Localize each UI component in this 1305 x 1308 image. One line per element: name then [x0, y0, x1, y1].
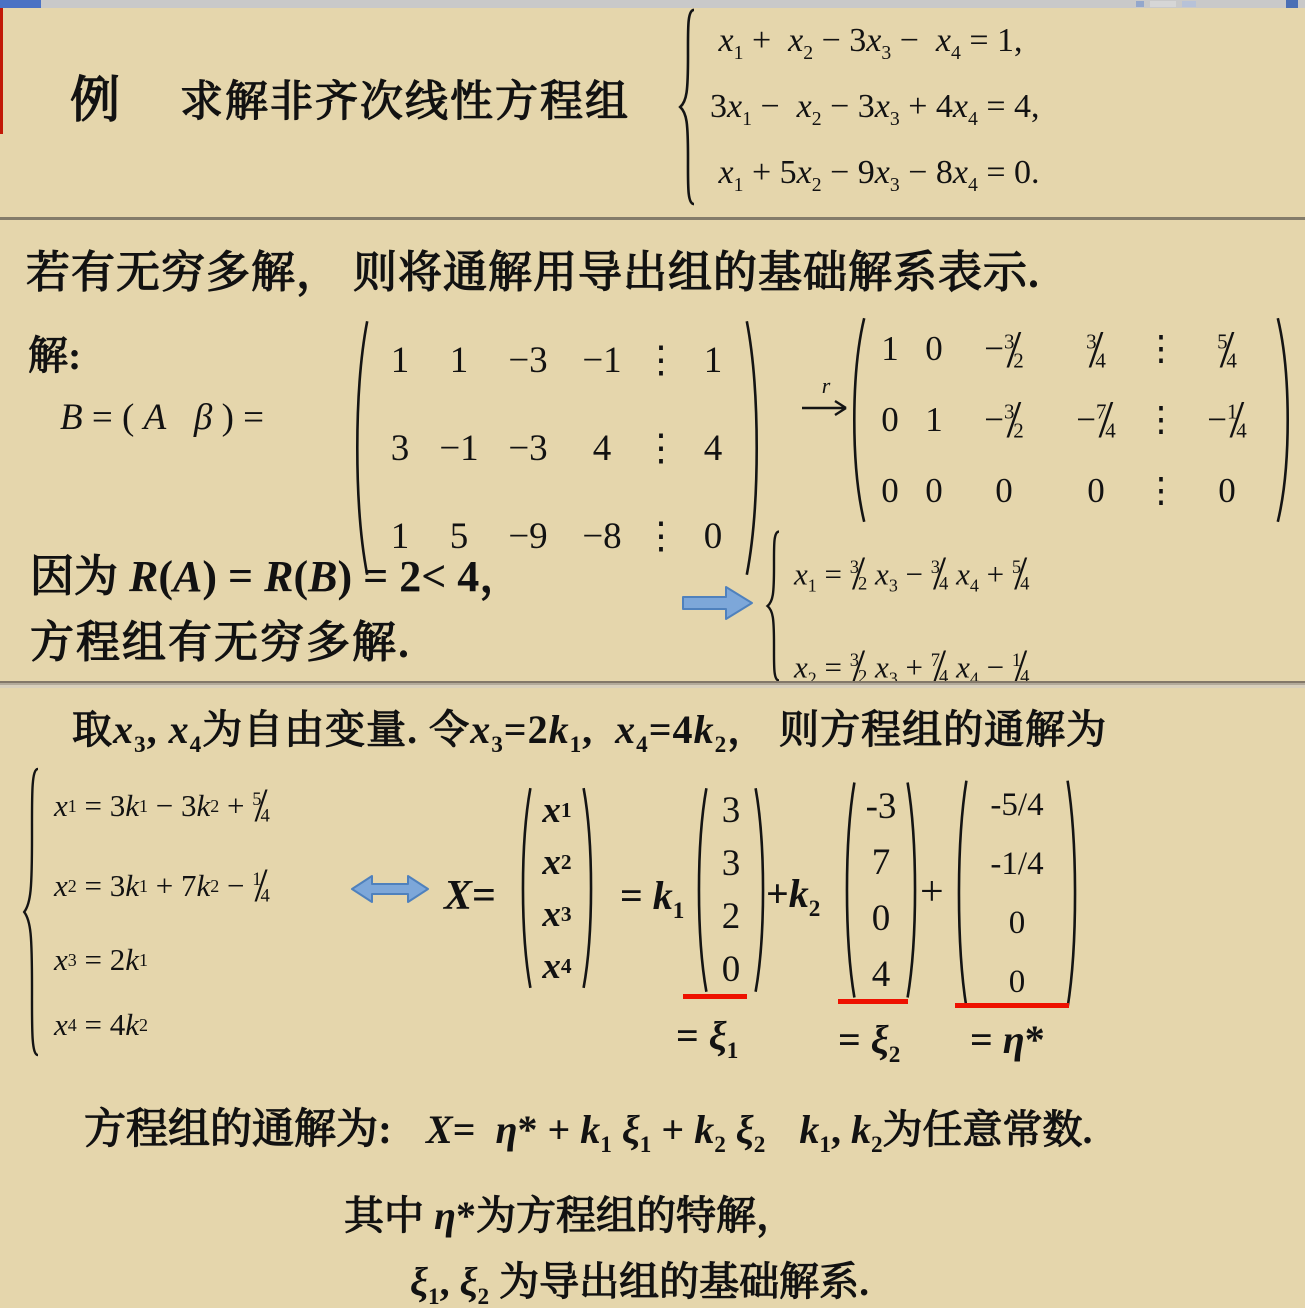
- parametric-line: x2 = 3k1 + 7k2 − 1/4: [54, 847, 270, 925]
- left-paren: [516, 784, 534, 992]
- matrix-cell: 5/4: [1181, 319, 1273, 380]
- matrix-cell: −3: [490, 339, 566, 382]
- matrix-row: 11−3−1⋮1: [372, 316, 742, 404]
- matrix-cell: 4: [684, 427, 742, 470]
- matrix-cell: 0: [684, 515, 742, 558]
- equation-lines: x1 + x2 − 3x3 − x4 = 1, 3x1 − x2 − 3x3 +…: [700, 8, 1040, 206]
- left-edge-red-mark: [0, 8, 3, 134]
- k2-coefficient: +k2: [766, 870, 820, 917]
- matrix-row: 10−3/23/4⋮5/4: [869, 314, 1273, 384]
- vector-entry: -3: [858, 779, 904, 834]
- xi1-label: = ξ1: [676, 1012, 738, 1059]
- vector-entry: x1: [534, 785, 580, 835]
- matrix-cell: 0: [911, 471, 957, 511]
- solved-system: x1 = 3/2 x3 − 3/4 x4 + 5/4 x2 = 3/2 x3 +…: [764, 530, 1029, 682]
- vector-body: -3704: [858, 778, 904, 1002]
- matrix-cell: ⋮: [638, 514, 684, 558]
- matrix-cell: ⋮: [1141, 329, 1181, 369]
- vector-entry: 0: [970, 895, 1064, 952]
- matrix-cell: −8: [566, 515, 638, 558]
- seam-line: [0, 217, 1305, 220]
- example-label: 例: [70, 60, 120, 132]
- summary-row: 方程组的通解为: X= η* + k1 ξ1 + k2 ξ2 k1, k2为任意…: [84, 1096, 1093, 1156]
- vector-body: x1x2x3x4: [534, 784, 580, 992]
- left-paren: [840, 778, 858, 1002]
- parametric-line: x3 = 2k1: [54, 929, 270, 991]
- equation-line: x1 + x2 − 3x3 − x4 = 1,: [710, 9, 1040, 73]
- vector-body: 3320: [710, 784, 752, 996]
- right-paren: [1273, 314, 1297, 526]
- matrix-cell: 4: [566, 427, 638, 470]
- xi2-label: = ξ2: [838, 1016, 900, 1063]
- top-strip-artifact: [1136, 1, 1144, 7]
- matrix-cell: 0: [1181, 471, 1273, 511]
- left-curly-brace: [20, 766, 44, 1058]
- vector-entry: 3: [710, 838, 752, 890]
- vector-entry: -5/4: [970, 777, 1064, 834]
- implies-arrow-icon: [682, 584, 756, 624]
- matrix-cell: 3: [372, 427, 428, 470]
- note-line: 若有无穷多解， 则将通解用导出组的基础解系表示.: [26, 236, 1040, 300]
- matrix-cell: ⋮: [1141, 471, 1181, 511]
- window-top-strip: [0, 0, 1305, 8]
- summary-constants-note: k1, k2为任意常数.: [799, 1098, 1092, 1155]
- matrix-cell: −7/4: [1051, 389, 1141, 450]
- section-divider: [0, 681, 1305, 688]
- parametric-line: x1 = 3k1 − 3k2 + 5/4: [54, 768, 270, 844]
- left-curly-brace: [676, 8, 700, 206]
- xi-footnote: ξ1, ξ2 为导出组的基础解系.: [410, 1250, 869, 1307]
- basis-vector-1: 3320: [692, 784, 770, 996]
- particular-vector: -5/4-1/400: [952, 776, 1082, 1012]
- parametric-system: x1 = 3k1 − 3k2 + 5/4 x2 = 3k1 + 7k2 − 1/…: [20, 766, 270, 1058]
- matrix-cell: 0: [957, 471, 1051, 511]
- matrix-cell: 1: [869, 329, 911, 369]
- example-prompt: 求解非齐次线性方程组: [180, 68, 630, 129]
- matrix-cell: −1/4: [1181, 389, 1273, 450]
- equation-system: x1 + x2 − 3x3 − x4 = 1, 3x1 − x2 − 3x3 +…: [676, 8, 1040, 206]
- matrix-cell: 1: [684, 339, 742, 382]
- matrix-row: 0000⋮0: [869, 456, 1273, 526]
- reduced-matrix: 10−3/23/4⋮5/401−3/2−7/4⋮−1/40000⋮0: [845, 314, 1297, 526]
- matrix-cell: 3/4: [1051, 319, 1141, 380]
- matrix-cell: ⋮: [638, 338, 684, 382]
- matrix-cell: −3/2: [957, 389, 1051, 450]
- eta-label: = η*: [970, 1016, 1045, 1063]
- conclusion: 方程组有无穷多解.: [30, 606, 411, 670]
- matrix-cell: −3/2: [957, 319, 1051, 380]
- matrix-cell: −1: [566, 339, 638, 382]
- eta-footnote: 其中 η*为方程组的特解，: [344, 1184, 796, 1241]
- vector-entry: 2: [710, 891, 752, 943]
- solved-lines: x1 = 3/2 x3 − 3/4 x4 + 5/4 x2 = 3/2 x3 +…: [784, 530, 1029, 682]
- matrix-row: 3−1−34⋮4: [372, 404, 742, 492]
- general-intro: 取x3, x4为自由变量. 令x3=2k1, x4=4k2， 则方程组的通解为: [72, 698, 1107, 755]
- vector-entry: x3: [534, 889, 580, 939]
- vector-body: -5/4-1/400: [970, 776, 1064, 1012]
- vector-entry: 0: [858, 891, 904, 946]
- matrix-cell: 0: [911, 329, 957, 369]
- matrix-cell: 1: [372, 339, 428, 382]
- k1-coefficient: = k1: [620, 872, 684, 919]
- x-equals: X=: [444, 872, 496, 920]
- left-paren: [845, 314, 869, 526]
- left-curly-brace: [764, 530, 784, 682]
- underline-eta: [955, 1003, 1069, 1008]
- top-strip-artifact: [1150, 1, 1176, 7]
- parametric-lines: x1 = 3k1 − 3k2 + 5/4 x2 = 3k1 + 7k2 − 1/…: [44, 766, 270, 1058]
- left-paren: [692, 784, 710, 996]
- matrix-cell: 1: [428, 339, 490, 382]
- underline-xi2: [838, 999, 908, 1004]
- matrix-cell: 1: [911, 400, 957, 440]
- x-vector: x1x2x3x4: [516, 784, 598, 992]
- matrix-cell: 0: [869, 400, 911, 440]
- b-equation: B = ( A β ) =: [60, 396, 264, 439]
- matrix-cell: ⋮: [638, 426, 684, 470]
- vector-entry: -1/4: [970, 836, 1064, 893]
- summary-lead: 方程组的通解为:: [84, 1096, 392, 1156]
- matrix-cell: ⋮: [1141, 400, 1181, 440]
- right-paren: [580, 784, 598, 992]
- underline-xi1: [683, 994, 747, 999]
- matrix-cell: −1: [428, 427, 490, 470]
- vector-entry: 7: [858, 835, 904, 890]
- vector-entry: x2: [534, 837, 580, 887]
- matrix-body: 10−3/23/4⋮5/401−3/2−7/4⋮−1/40000⋮0: [869, 314, 1273, 526]
- iff-arrow-icon: [348, 870, 432, 910]
- vector-entry: 3: [710, 785, 752, 837]
- vector-entry: x4: [534, 941, 580, 991]
- plus-sign: +: [920, 868, 944, 916]
- equation-line: 3x1 − x2 − 3x3 + 4x4 = 4,: [710, 75, 1040, 139]
- basis-vector-2: -3704: [840, 778, 922, 1002]
- matrix-cell: 0: [869, 471, 911, 511]
- right-paren: [742, 316, 766, 580]
- solved-line: x1 = 3/2 x3 − 3/4 x4 + 5/4: [794, 530, 1029, 623]
- top-strip-artifact: [1182, 1, 1196, 7]
- vector-entry: 0: [710, 944, 752, 996]
- top-strip-blue-segment: [0, 0, 41, 8]
- matrix-cell: 0: [1051, 471, 1141, 511]
- equation-line: x1 + 5x2 − 9x3 − 8x4 = 0.: [710, 141, 1040, 205]
- lecture-slide: 例 求解非齐次线性方程组 x1 + x2 − 3x3 − x4 = 1, 3x1…: [0, 0, 1305, 1308]
- left-paren: [952, 776, 970, 1012]
- matrix-row: 01−3/2−7/4⋮−1/4: [869, 385, 1273, 455]
- rank-statement: 因为 R(A) = R(B) = 2< 4，: [30, 540, 523, 604]
- solve-label: 解:: [28, 324, 81, 381]
- right-paren: [1064, 776, 1082, 1012]
- top-strip-artifact: [1286, 0, 1298, 8]
- summary-formula: X= η* + k1 ξ1 + k2 ξ2: [426, 1106, 765, 1153]
- matrix-cell: −3: [490, 427, 566, 470]
- parametric-line: x4 = 4k2: [54, 994, 270, 1056]
- vector-entry: 4: [858, 947, 904, 1002]
